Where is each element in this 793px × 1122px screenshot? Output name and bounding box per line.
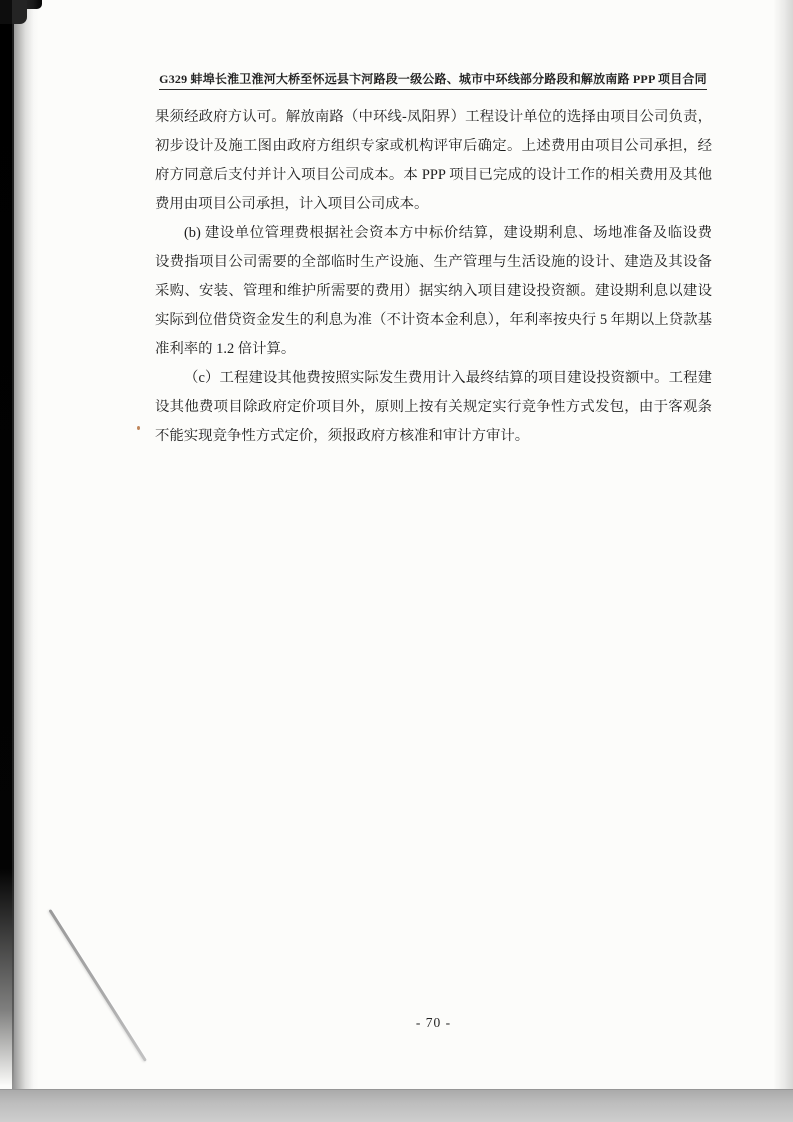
text-line: 准利率的 1.2 倍计算。 xyxy=(155,335,712,364)
header-title: G329 蚌埠长淮卫淮河大桥至怀远县卞河路段一级公路、城市中环线部分路段和解放南… xyxy=(159,70,707,90)
text-line: (b) 建设单位管理费根据社会资本方中标价结算，建设期利息、场地准备及临设费（临 xyxy=(155,219,712,248)
text-line: 费用由项目公司承担，计入项目公司成本。 xyxy=(155,190,712,219)
paragraph: 果须经政府方认可。解放南路（中环线-凤阳界）工程设计单位的选择由项目公司负责，初… xyxy=(155,103,712,219)
document-body: 果须经政府方认可。解放南路（中环线-凤阳界）工程设计单位的选择由项目公司负责，初… xyxy=(155,103,712,451)
page-number: - 70 - xyxy=(155,1015,712,1031)
text-line: 设其他费项目除政府定价项目外，原则上按有关规定实行竞争性方式发包，由于客观条件 xyxy=(155,393,712,422)
paragraph: （c）工程建设其他费按照实际发生费用计入最终结算的项目建设投资额中。工程建设其他… xyxy=(155,364,712,451)
text-line: 采购、安装、管理和维护所需要的费用）据实纳入项目建设投资额。建设期利息以建设期 xyxy=(155,277,712,306)
text-line: 不能实现竞争性方式定价，须报政府方核准和审计方审计。 xyxy=(155,422,712,451)
scan-left-edge-shadow xyxy=(12,0,39,1089)
text-line: 设费指项目公司需要的全部临时生产设施、生产管理与生活设施的设计、建造及其设备的 xyxy=(155,248,712,277)
scan-speck-artifact xyxy=(137,426,140,430)
scan-right-edge-shadow xyxy=(773,0,793,1122)
text-line: 实际到位借贷资金发生的利息为准（不计资本金利息），年利率按央行 5 年期以上贷款… xyxy=(155,306,712,335)
text-line: 果须经政府方认可。解放南路（中环线-凤阳界）工程设计单位的选择由项目公司负责， xyxy=(155,103,712,132)
document-header: G329 蚌埠长淮卫淮河大桥至怀远县卞河路段一级公路、城市中环线部分路段和解放南… xyxy=(148,70,718,90)
text-line: 府方同意后支付并计入项目公司成本。本 PPP 项目已完成的设计工作的相关费用及其… xyxy=(155,161,712,190)
paragraph: (b) 建设单位管理费根据社会资本方中标价结算，建设期利息、场地准备及临设费（临… xyxy=(155,219,712,364)
text-line: （c）工程建设其他费按照实际发生费用计入最终结算的项目建设投资额中。工程建 xyxy=(155,364,712,393)
paper-crease-mark xyxy=(48,909,146,1062)
scanned-contract-page: G329 蚌埠长淮卫淮河大桥至怀远县卞河路段一级公路、城市中环线部分路段和解放南… xyxy=(0,0,793,1122)
scan-bottom-edge-band xyxy=(0,1089,793,1122)
text-line: 初步设计及施工图由政府方组织专家或机构评审后确定。上述费用由项目公司承担，经政 xyxy=(155,132,712,161)
